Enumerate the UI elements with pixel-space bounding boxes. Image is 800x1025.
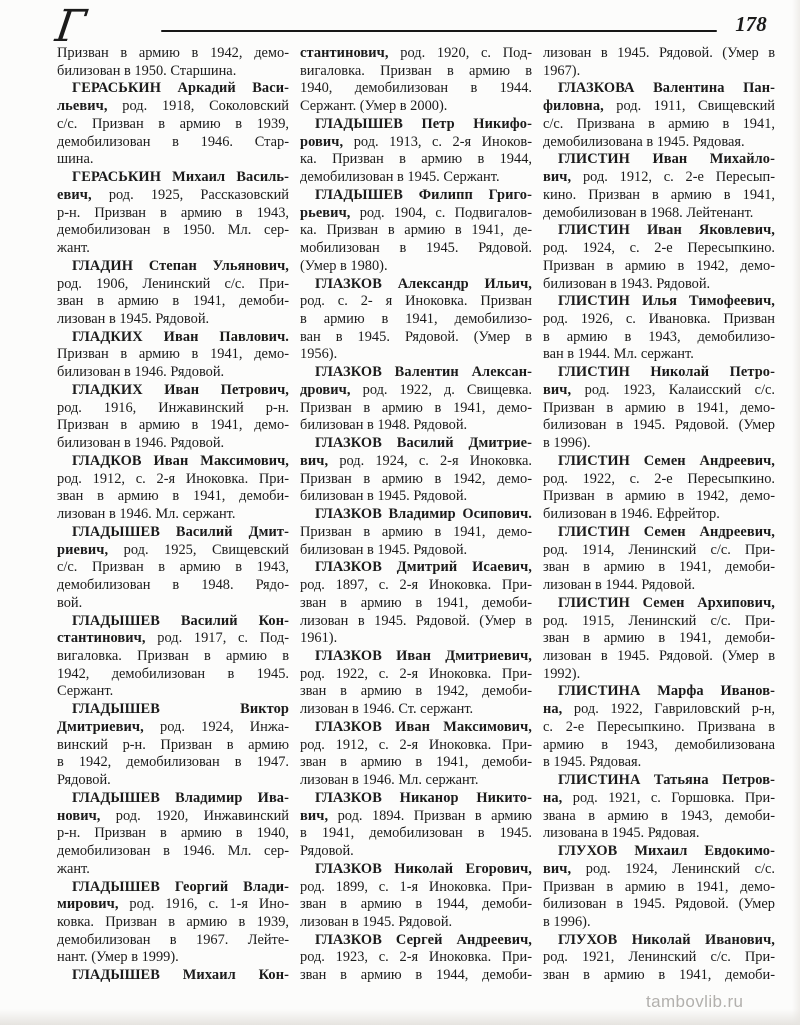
entry-text-line: билизован в 1945. Рядовой. (Умер: [543, 896, 775, 914]
entry-text-line: ван в 1944. Мл. сержант.: [543, 346, 775, 364]
entry-name-line: вич, род. 1924, с. 2-я Иноковка.: [300, 453, 532, 471]
entry-name-line: ГЛИСТИНА Татьяна Петров-: [543, 772, 775, 790]
entry-text-line: зван в армию в 1944, демоби-: [300, 896, 532, 914]
entry-text-line: лизован в 1945. Рядовой. (Умер в: [543, 45, 775, 63]
entry-surname-bold: ГЛАДКИХ Иван Павлович.: [72, 329, 289, 345]
page-number: 178: [722, 12, 780, 37]
entry-surname-bold: вич,: [300, 808, 328, 824]
entry-text-line: зван в армию в 1944, демоби-: [300, 967, 532, 985]
site-watermark: tambovlib.ru: [646, 992, 743, 1012]
entry-text-line: демобилизован в 1946. Стар-: [57, 134, 289, 152]
entry-text-line: Призван в армию в 1941, демо-: [300, 524, 532, 542]
entry-text-line: зван в армию в 1941, демоби-: [543, 559, 775, 577]
entry-text-line: род. 1921, Ленинский с/с. При-: [543, 949, 775, 967]
entry-text-line: демобилизован в 1945. Сержант.: [300, 169, 532, 187]
entry-text-line: жант.: [57, 861, 289, 879]
entry-name-line: на, род. 1921, с. Горшовка. При-: [543, 790, 775, 808]
entry-text-line: ковка. Призван в армию в 1939,: [57, 914, 289, 932]
entry-surname-bold: ГЛИСТИНА Татьяна Петров-: [558, 772, 775, 788]
entry-text-line: род. 1915, Ленинский с/с. При-: [543, 613, 775, 631]
entry-surname-bold: евич,: [57, 187, 92, 203]
entry-surname-bold: ГЕРАСЬКИН Аркадий Васи-: [72, 80, 289, 96]
entry-surname-bold: ГЛАДЫШЕВ Виктор: [72, 701, 289, 717]
entry-name-line: ГЛУХОВ Михаил Евдокимо-: [543, 843, 775, 861]
entry-surname-bold: ГЛАДИН Степан Ульянович,: [72, 258, 289, 274]
entry-surname-bold: на,: [543, 701, 562, 717]
entry-text-line: демобилизован в 1946. Мл. сер-: [57, 843, 289, 861]
entry-name-line: ГЛИСТИНА Марфа Иванов-: [543, 683, 775, 701]
entry-text-line: род. 1922, с. 2-я Иноковка. При-: [300, 666, 532, 684]
entry-name-line: ГЛАЗКОВ Николай Егорович,: [300, 861, 532, 879]
entry-name-line: ГЛАДКИХ Иван Петрович,: [57, 382, 289, 400]
entry-name-line: ГЛАДКИХ Иван Павлович.: [57, 329, 289, 347]
entry-text-line: в армию в 1941, демобилизо-: [300, 311, 532, 329]
entry-name-line: ГЛАЗКОВ Никанор Никито-: [300, 790, 532, 808]
entry-text-line: демобилизован в 1950. Мл. сер-: [57, 222, 289, 240]
entry-name-line: евич, род. 1925, Рассказовский: [57, 187, 289, 205]
entry-name-line: ГЛИСТИН Иван Яковлевич,: [543, 222, 775, 240]
entry-surname-bold: ГЛАДЫШЕВ Георгий Влади-: [72, 879, 289, 895]
entry-name-line: ГЛИСТИН Иван Михайло-: [543, 151, 775, 169]
header-rule: [161, 30, 717, 32]
entry-text-line: Рядовой.: [57, 772, 289, 790]
entry-name-line: ГЛИСТИН Илья Тимофеевич,: [543, 293, 775, 311]
entry-text-line: лизован в 1946. Мл. сержант.: [300, 772, 532, 790]
entry-text-line: в 1996).: [543, 435, 775, 453]
entry-text-line: Призван в армию в 1941, демо-: [57, 417, 289, 435]
entry-surname-bold: стантинович,: [57, 630, 146, 646]
entry-text-line: Сержант. (Умер в 2000).: [300, 98, 532, 116]
entry-name-line: ГЛАДКОВ Иван Максимович,: [57, 453, 289, 471]
entry-surname-bold: ГЛИСТИН Иван Михайло-: [558, 151, 775, 167]
entry-text-line: ка. Призван в армию в 1944,: [300, 151, 532, 169]
entry-surname-bold: ГЛАЗКОВ Николай Егорович,: [315, 861, 532, 877]
entry-text-line: Призван в армию в 1941, демо-: [543, 400, 775, 418]
book-page: Г 178 Призван в армию в 1942, демо-билиз…: [0, 0, 800, 1025]
entry-name-line: вич, род. 1912, с. 2-е Пересып-: [543, 169, 775, 187]
entry-surname-bold: ГЛАДКОВ Иван Максимович,: [72, 453, 289, 469]
entry-name-line: ГЛИСТИН Семен Архипович,: [543, 595, 775, 613]
entry-text-line: вигаловка. Призван в армию в: [57, 648, 289, 666]
entry-text-line: (Умер в 1980).: [300, 258, 532, 276]
entry-surname-bold: ГЛАДЫШЕВ Филипп Григо-: [315, 187, 532, 203]
entry-text-line: билизован в 1945. Рядовой.: [300, 542, 532, 560]
entry-surname-bold: ГЛАЗКОВ Дмитрий Исаевич,: [315, 559, 532, 575]
entry-text-line: лизован в 1946. Ст. сержант.: [300, 701, 532, 719]
entry-surname-bold: риевич,: [57, 542, 108, 558]
entry-name-line: рович, род. 1913, с. 2-я Иноков-: [300, 134, 532, 152]
entry-surname-bold: ГЛИСТИНА Марфа Иванов-: [558, 683, 775, 699]
entry-surname-bold: ГЛАЗКОВ Иван Дмитриевич,: [315, 648, 532, 664]
entry-text-line: лизован в 1946. Мл. сержант.: [57, 506, 289, 524]
entry-text-line: лизован в 1945. Рядовой.: [300, 914, 532, 932]
entry-text-line: с/с. Призвана в армию в 1941,: [543, 116, 775, 134]
entry-text-line: шина.: [57, 151, 289, 169]
entry-text-line: винский р-н. Призван в армию: [57, 737, 289, 755]
entry-text-line: род. 1914, Ленинский с/с. При-: [543, 542, 775, 560]
entry-text-line: с/с. Призван в армию в 1939,: [57, 116, 289, 134]
entry-text-line: демобилизован в 1948. Рядо-: [57, 577, 289, 595]
entry-surname-bold: ГЛИСТИН Семен Андреевич,: [558, 524, 775, 540]
column-1: Призван в армию в 1942, демо-билизован в…: [57, 45, 289, 985]
entry-surname-bold: ГЛАДЫШЕВ Василий Кон-: [72, 613, 289, 629]
entry-text-line: р-н. Призван в армию в 1943,: [57, 205, 289, 223]
entry-name-line: ГЛАЗКОВА Валентина Пан-: [543, 80, 775, 98]
entry-surname-bold: ГЛАЗКОВ Александр Ильич,: [315, 276, 532, 292]
entry-text-line: зван в армию в 1941, демоби-: [57, 293, 289, 311]
entry-text-line: зван в армию в 1941, демоби-: [543, 967, 775, 985]
entry-surname-bold: на,: [543, 790, 562, 806]
entry-name-line: филовна, род. 1911, Свищевский: [543, 98, 775, 116]
entry-name-line: ГЛИСТИН Семен Андреевич,: [543, 453, 775, 471]
entry-surname-bold: ГЛАЗКОВ Сергей Андреевич,: [315, 932, 532, 948]
entry-text-line: в 1942, демобилизован в 1947.: [57, 754, 289, 772]
entry-text-line: билизован в 1945. Рядовой.: [300, 488, 532, 506]
entry-name-line: льевич, род. 1918, Соколовский: [57, 98, 289, 116]
entry-surname-bold: ГЛАЗКОВ Валентин Алексан-: [315, 364, 532, 380]
entry-name-line: ГЛАДЫШЕВ Филипп Григо-: [300, 187, 532, 205]
entry-text-line: Сержант.: [57, 683, 289, 701]
entry-name-line: Дмитриевич, род. 1924, Инжа-: [57, 719, 289, 737]
entry-surname-bold: ГЛУХОВ Николай Иванович,: [558, 932, 775, 948]
entry-name-line: ГЛАЗКОВ Василий Дмитрие-: [300, 435, 532, 453]
entry-text-line: род. 1897, с. 2-я Иноковка. При-: [300, 577, 532, 595]
entry-text-line: Призван в армию в 1941, демо-: [543, 879, 775, 897]
entry-surname-bold: ГЛАЗКОВ Василий Дмитрие-: [315, 435, 532, 451]
entry-surname-bold: ГЛАДЫШЕВ Владимир Ива-: [72, 790, 289, 806]
entry-name-line: ГЛАДЫШЕВ Михаил Кон-: [57, 967, 289, 985]
entry-text-line: билизован в 1946. Ефрейтор.: [543, 506, 775, 524]
entry-text-line: Призван в армию в 1942, демо-: [57, 45, 289, 63]
entry-name-line: ГЕРАСЬКИН Михаил Василь-: [57, 169, 289, 187]
entry-text-line: род. 1924, с. 2-е Пересыпкино.: [543, 240, 775, 258]
entry-name-line: ГЛАДЫШЕВ Владимир Ива-: [57, 790, 289, 808]
entry-text-line: зван в армию в 1941, демоби-: [300, 754, 532, 772]
entry-surname-bold: ГЛИСТИН Семен Архипович,: [558, 595, 775, 611]
text-columns: Призван в армию в 1942, демо-билизован в…: [57, 45, 775, 985]
entry-name-line: ГЛАЗКОВ Сергей Андреевич,: [300, 932, 532, 950]
entry-text-line: в 1941, демобилизован в 1945.: [300, 825, 532, 843]
entry-name-line: ГЛАЗКОВ Иван Дмитриевич,: [300, 648, 532, 666]
entry-text-line: лизован в 1945. Рядовой. (Умер в: [543, 648, 775, 666]
entry-text-line: зван в армию в 1941, демоби-: [543, 630, 775, 648]
entry-surname-bold: ГЕРАСЬКИН Михаил Василь-: [72, 169, 289, 185]
entry-surname-bold: филовна,: [543, 98, 604, 114]
entry-text-line: звана в армию в 1943, демоби-: [543, 808, 775, 826]
entry-surname-bold: дрович,: [300, 382, 351, 398]
entry-text-line: лизована в 1945. Рядовая.: [543, 825, 775, 843]
scan-right-shade: [792, 0, 800, 1025]
entry-surname-bold: ГЛИСТИН Илья Тимофеевич,: [558, 293, 775, 309]
entry-name-line: рьевич, род. 1904, с. Подвигалов-: [300, 205, 532, 223]
entry-text-line: 1956).: [300, 346, 532, 364]
entry-text-line: 1940, демобилизован в 1944.: [300, 80, 532, 98]
entry-surname-bold: льевич,: [57, 98, 108, 114]
entry-text-line: Призван в армию в 1942, демо-: [543, 258, 775, 276]
entry-surname-bold: ГЛАДЫШЕВ Петр Никифо-: [315, 116, 532, 132]
entry-name-line: ГЛАЗКОВ Владимир Осипович.: [300, 506, 532, 524]
entry-surname-bold: нович,: [57, 808, 101, 824]
entry-text-line: армию в 1943, демобилизована: [543, 737, 775, 755]
entry-surname-bold: ГЛИСТИН Семен Андреевич,: [558, 453, 775, 469]
entry-name-line: ГЛАДЫШЕВ Виктор: [57, 701, 289, 719]
column-2: стантинович, род. 1920, с. Под-вигаловка…: [300, 45, 532, 985]
entry-name-line: ГЛАДЫШЕВ Петр Никифо-: [300, 116, 532, 134]
entry-surname-bold: ГЛАДЫШЕВ Михаил Кон-: [72, 967, 289, 983]
entry-text-line: демобилизован в 1968. Лейтенант.: [543, 205, 775, 223]
entry-surname-bold: ГЛУХОВ Михаил Евдокимо-: [558, 843, 775, 859]
entry-surname-bold: Дмитриевич,: [57, 719, 144, 735]
entry-name-line: вич, род. 1924, Ленинский с/с.: [543, 861, 775, 879]
entry-surname-bold: вич,: [543, 169, 571, 185]
entry-text-line: род. 1899, с. 1-я Иноковка. При-: [300, 879, 532, 897]
entry-text-line: билизован в 1950. Старшина.: [57, 63, 289, 81]
entry-text-line: Призван в армию в 1941, демо-: [300, 400, 532, 418]
entry-name-line: стантинович, род. 1920, с. Под-: [300, 45, 532, 63]
entry-surname-bold: ГЛАЗКОВА Валентина Пан-: [558, 80, 775, 96]
entry-text-line: лизован в 1944. Рядовой.: [543, 577, 775, 595]
entry-name-line: ГЛАЗКОВ Иван Максимович,: [300, 719, 532, 737]
entry-name-line: ГЕРАСЬКИН Аркадий Васи-: [57, 80, 289, 98]
entry-text-line: лизован в 1945. Рядовой.: [57, 311, 289, 329]
entry-name-line: ГЛАДИН Степан Ульянович,: [57, 258, 289, 276]
entry-name-line: нович, род. 1920, Инжавинский: [57, 808, 289, 826]
entry-surname-bold: ГЛАДЫШЕВ Василий Дмит-: [72, 524, 289, 540]
entry-text-line: Призван в армию в 1942, демо-: [543, 488, 775, 506]
entry-text-line: Призван в армию в 1942, демо-: [300, 471, 532, 489]
entry-surname-bold: вич,: [300, 453, 328, 469]
entry-name-line: ГЛАДЫШЕВ Василий Кон-: [57, 613, 289, 631]
entry-text-line: ван в 1945. Рядовой. (Умер в: [300, 329, 532, 347]
entry-surname-bold: ГЛИСТИН Иван Яковлевич,: [558, 222, 775, 238]
entry-text-line: род. 1923, с. 2-я Иноковка. При-: [300, 949, 532, 967]
entry-text-line: зван в армию в 1941, демоби-: [300, 595, 532, 613]
entry-text-line: род. 1926, с. Ивановка. Призван: [543, 311, 775, 329]
entry-text-line: кино. Призван в армию в 1941,: [543, 187, 775, 205]
entry-name-line: стантинович, род. 1917, с. Под-: [57, 630, 289, 648]
entry-text-line: в 1945. Рядовая.: [543, 754, 775, 772]
entry-surname-bold: рович,: [300, 134, 343, 150]
entry-name-line: дрович, род. 1922, д. Свищевка.: [300, 382, 532, 400]
entry-name-line: на, род. 1922, Гавриловский р-н,: [543, 701, 775, 719]
entry-text-line: демобилизован в 1967. Лейте-: [57, 932, 289, 950]
entry-surname-bold: вич,: [543, 382, 571, 398]
entry-surname-bold: ГЛИСТИН Николай Петро-: [558, 364, 775, 380]
entry-name-line: мирович, род. 1916, с. 1-я Ино-: [57, 896, 289, 914]
entry-text-line: с. 2-е Пересыпкино. Призвана в: [543, 719, 775, 737]
entry-text-line: жант.: [57, 240, 289, 258]
entry-name-line: ГЛИСТИН Семен Андреевич,: [543, 524, 775, 542]
entry-text-line: в армию в 1943, демобилизо-: [543, 329, 775, 347]
entry-text-line: род. 1912, с. 2-я Иноковка. При-: [57, 471, 289, 489]
entry-text-line: мобилизован в 1945. Рядовой.: [300, 240, 532, 258]
entry-text-line: род. с. 2- я Иноковка. Призван: [300, 293, 532, 311]
entry-text-line: род. 1916, Инжавинский р-н.: [57, 400, 289, 418]
entry-surname-bold: ГЛАДКИХ Иван Петрович,: [72, 382, 289, 398]
entry-text-line: зван в армию в 1941, демоби-: [57, 488, 289, 506]
entry-text-line: билизован в 1946. Рядовой.: [57, 435, 289, 453]
entry-name-line: вич, род. 1894. Призван в армию: [300, 808, 532, 826]
entry-name-line: ГЛАЗКОВ Александр Ильич,: [300, 276, 532, 294]
entry-name-line: ГЛУХОВ Николай Иванович,: [543, 932, 775, 950]
entry-text-line: 1992).: [543, 666, 775, 684]
entry-text-line: 1967).: [543, 63, 775, 81]
entry-text-line: в 1996).: [543, 914, 775, 932]
entry-surname-bold: мирович,: [57, 896, 119, 912]
entry-surname-bold: ГЛАЗКОВ Владимир Осипович.: [315, 506, 532, 522]
entry-name-line: ГЛАДЫШЕВ Георгий Влади-: [57, 879, 289, 897]
entry-surname-bold: ГЛАЗКОВ Иван Максимович,: [315, 719, 532, 735]
entry-text-line: демобилизована в 1945. Рядовая.: [543, 134, 775, 152]
entry-text-line: билизован в 1943. Рядовой.: [543, 276, 775, 294]
entry-name-line: вич, род. 1923, Калаисский с/с.: [543, 382, 775, 400]
entry-name-line: ГЛИСТИН Николай Петро-: [543, 364, 775, 382]
entry-text-line: билизован в 1946. Рядовой.: [57, 364, 289, 382]
entry-text-line: нант. (Умер в 1999).: [57, 949, 289, 967]
entry-text-line: род. 1906, Ленинский с/с. При-: [57, 276, 289, 294]
entry-text-line: билизован в 1948. Рядовой.: [300, 417, 532, 435]
entry-surname-bold: стантинович,: [300, 45, 389, 61]
entry-text-line: 1942, демобилизован в 1945.: [57, 666, 289, 684]
entry-text-line: вигаловка. Призван в армию в: [300, 63, 532, 81]
entry-name-line: риевич, род. 1925, Свищевский: [57, 542, 289, 560]
entry-name-line: ГЛАДЫШЕВ Василий Дмит-: [57, 524, 289, 542]
entry-name-line: ГЛАЗКОВ Валентин Алексан-: [300, 364, 532, 382]
entry-surname-bold: рьевич,: [300, 205, 350, 221]
entry-text-line: род. 1912, с. 2-я Иноковка. При-: [300, 737, 532, 755]
entry-text-line: Рядовой.: [300, 843, 532, 861]
entry-surname-bold: ГЛАЗКОВ Никанор Никито-: [315, 790, 532, 806]
entry-surname-bold: вич,: [543, 861, 571, 877]
entry-name-line: ГЛАЗКОВ Дмитрий Исаевич,: [300, 559, 532, 577]
column-3: лизован в 1945. Рядовой. (Умер в1967).ГЛ…: [543, 45, 775, 985]
entry-text-line: р-н. Призван в армию в 1940,: [57, 825, 289, 843]
entry-text-line: 1961).: [300, 630, 532, 648]
entry-text-line: с/с. Призван в армию в 1943,: [57, 559, 289, 577]
entry-text-line: вой.: [57, 595, 289, 613]
entry-text-line: лизован в 1945. Рядовой. (Умер в: [300, 613, 532, 631]
entry-text-line: ка. Призван в армию в 1941, де-: [300, 222, 532, 240]
entry-text-line: зван в армию в 1942, демоби-: [300, 683, 532, 701]
entry-text-line: билизован в 1945. Рядовой. (Умер: [543, 417, 775, 435]
entry-text-line: род. 1922, с. 2-е Пересыпкино.: [543, 471, 775, 489]
entry-text-line: Призван в армию в 1941, демо-: [57, 346, 289, 364]
